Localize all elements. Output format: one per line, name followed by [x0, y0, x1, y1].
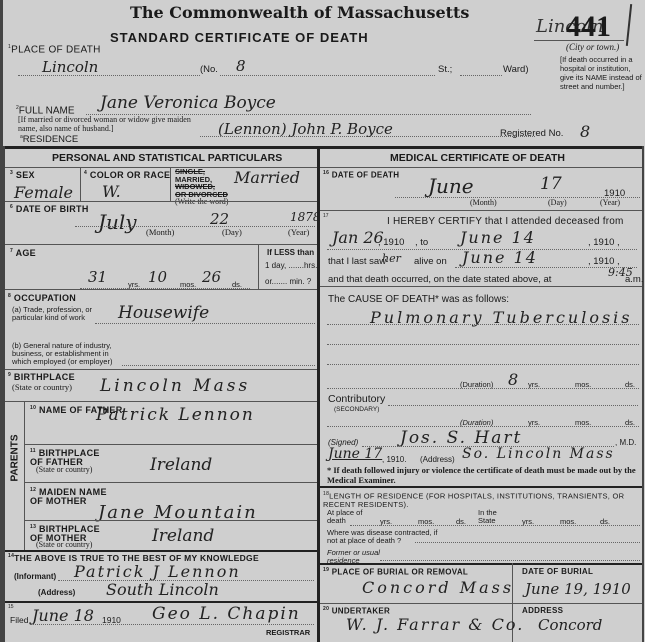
burial-place-value: Concord Mass: [362, 578, 514, 597]
date-of-death-label: 16 DATE OF DEATH: [323, 170, 399, 180]
age-label: 7 AGE: [10, 248, 36, 258]
length-of-residence-title: 18LENGTH OF RESIDENCE (FOR HOSPITALS, IN…: [323, 490, 638, 510]
color-race-label: 4 COLOR OR RACE: [84, 170, 170, 180]
burial-date-label: DATE OF BURIAL: [522, 567, 593, 576]
city-label: (City or town.): [566, 42, 619, 52]
occupation-a-value: Housewife: [118, 303, 209, 323]
medical-examiner-footnote: * If death followed injury or violence t…: [327, 465, 639, 485]
filed-label: Filed: [10, 615, 28, 625]
certificate-title: STANDARD CERTIFICATE OF DEATH: [110, 30, 369, 45]
last-saw-date: June 14: [462, 248, 538, 267]
place-no-value: 8: [236, 57, 246, 75]
parents-label: PARENTS: [10, 462, 21, 482]
undertaker-value: W. J. Farrar & Co.: [346, 615, 524, 634]
informant-address: South Lincoln: [106, 580, 219, 599]
age-less-than-label: If LESS than: [267, 248, 314, 257]
duration-years: 8: [508, 370, 518, 389]
marital-options: SINGLE, MARRIED, WIDOWED, OR DIVORCED (W…: [175, 168, 228, 206]
physician-address: So. Lincoln Mass: [462, 446, 615, 462]
place-no-label: (No.: [200, 64, 218, 75]
registered-number-value: 8: [580, 122, 590, 141]
physician-signature: Jos. S. Hart: [400, 428, 522, 448]
date-of-birth-label: 6 DATE OF BIRTH: [10, 204, 89, 214]
father-birthplace-label: 11 BIRTHPLACE OF FATHER: [30, 447, 110, 467]
certify-statement: I HEREBY CERTIFY that I attended decease…: [387, 216, 624, 227]
dod-day: 17: [540, 174, 562, 194]
pen-mark: [626, 4, 632, 46]
place-of-death-town: Lincoln: [42, 58, 98, 76]
burial-date-value: June 19, 1910: [525, 580, 631, 598]
age-days: 26: [202, 268, 221, 286]
attended-from-date: Jan 26: [332, 228, 384, 247]
father-name-value: Patrick Lennon: [96, 405, 255, 425]
age-years: 31: [88, 268, 107, 286]
residence-label: aRESIDENCE: [20, 134, 78, 145]
burial-place-label: 19 PLACE OF BURIAL OR REMOVAL: [323, 567, 468, 577]
informant-name: Patrick J Lennon: [74, 562, 241, 581]
occupation-a-label: (a) Trade, profession, or particular kin…: [12, 306, 102, 322]
sex-label: 3 SEX: [10, 170, 35, 180]
filed-date: June 18: [32, 606, 94, 625]
physician-sign-date: June 17: [328, 446, 382, 462]
registrar-name: Geo L. Chapin: [152, 604, 301, 624]
contributory-label: Contributory: [328, 393, 385, 405]
personal-section-title: PERSONAL AND STATISTICAL PARTICULARS: [52, 152, 282, 164]
occupation-b-label: (b) General nature of industry, business…: [12, 342, 124, 366]
place-st-label: St.;: [438, 64, 452, 75]
registered-number-label: Registered No.: [500, 128, 563, 139]
registrar-label: REGISTRAR: [266, 628, 310, 637]
birthplace-value: Lincoln Mass: [100, 376, 250, 396]
sex-value: Female: [14, 183, 73, 202]
pronoun: her: [382, 252, 401, 265]
burial-address-label: ADDRESS: [522, 606, 563, 615]
certificate-number: 441: [566, 10, 611, 44]
occupation-label: 8 OCCUPATION: [8, 293, 76, 303]
burial-address-value: Concord: [538, 616, 602, 634]
attended-to-date: June 14: [460, 228, 536, 247]
place-of-death-label: 1PLACE OF DEATH: [8, 44, 101, 55]
full-name-value: Jane Veronica Boyce: [100, 93, 276, 113]
marital-status-value: Married: [234, 168, 300, 187]
dod-month: June: [428, 174, 474, 198]
dob-year: 1878: [290, 210, 321, 224]
hospital-note: [If death occurred in a hospital or inst…: [560, 55, 642, 91]
color-race-value: W.: [102, 182, 121, 201]
place-ward-label: Ward): [503, 64, 529, 75]
birthplace-label: 9 BIRTHPLACE: [8, 372, 75, 382]
dob-month: July: [98, 210, 137, 234]
cause-of-death-label: The CAUSE OF DEATH* was as follows:: [328, 294, 509, 305]
medical-section-title: MEDICAL CERTIFICATE OF DEATH: [390, 152, 565, 164]
mother-birthplace-value: Ireland: [152, 526, 214, 546]
maiden-name-note: [If married or divorced woman or widow g…: [18, 115, 198, 133]
father-birthplace-value: Ireland: [150, 455, 212, 475]
commonwealth-heading: The Commonwealth of Massachusetts: [130, 3, 469, 22]
age-months: 10: [148, 268, 167, 286]
